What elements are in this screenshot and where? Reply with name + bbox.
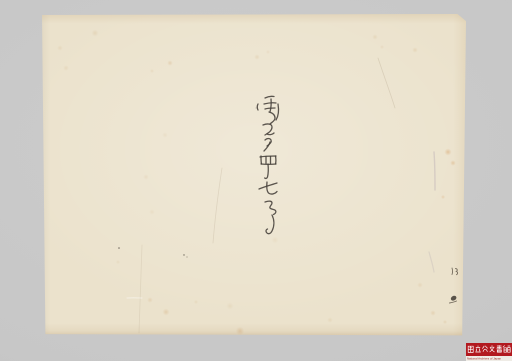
archives-watermark: 国立公文書館 National Archives of Japan xyxy=(466,343,512,361)
archives-watermark-red-block: 国立公文書館 xyxy=(466,343,512,356)
archives-watermark-strip: National Archives of Japan xyxy=(466,356,512,361)
scan-viewport: 清庫分甲七号 xyxy=(0,0,512,361)
document-paper: 清庫分甲七号 xyxy=(42,14,466,336)
archives-kanji-logo xyxy=(466,343,512,356)
archives-name-english: National Archives of Japan xyxy=(466,357,501,360)
